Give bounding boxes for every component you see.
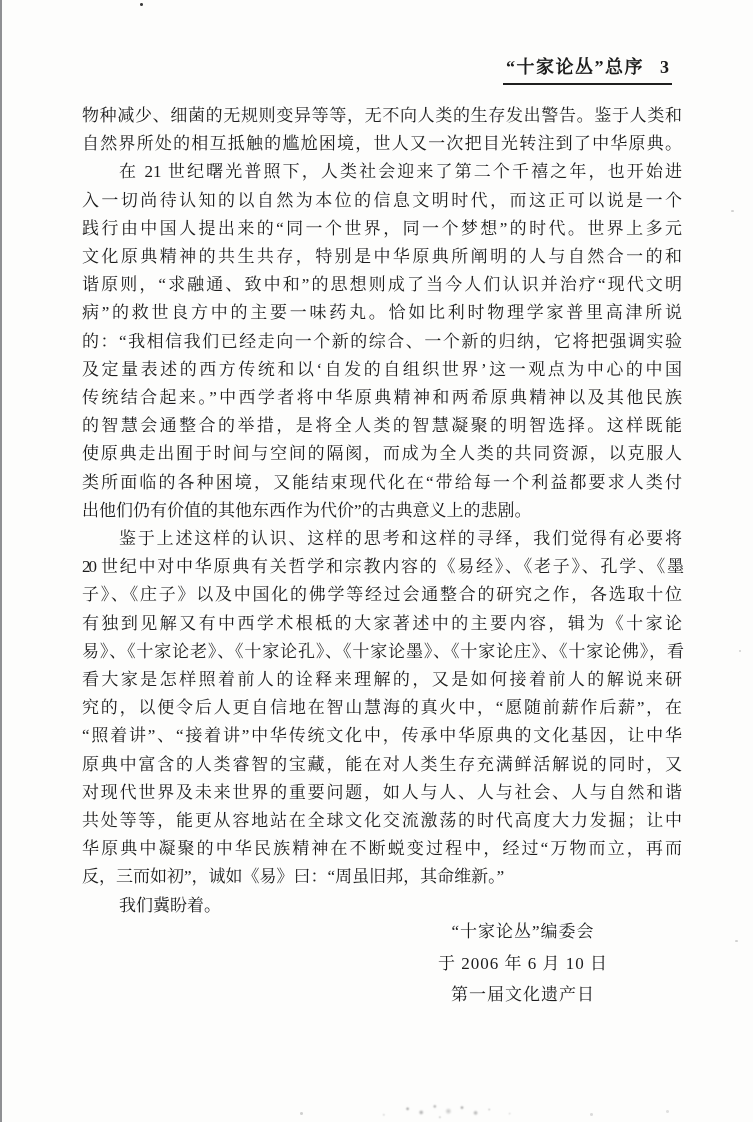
scan-smudge <box>360 1098 530 1122</box>
page-header: “十家论丛”总序3 <box>503 53 672 85</box>
text-line: 谐原则，“求融通、致中和”的思想则成了当今人们认识并治疗“现代文明 <box>82 271 682 299</box>
text-line: 究的，以便令后人更自信地在智山慧海的真火中，“愿随前薪作后薪”，在 <box>82 694 682 722</box>
signature-date: 于 2006 年 6 月 10 日 <box>373 948 673 980</box>
text-line: 对现代世界及未来世界的重要问题，如人与人、人与社会、人与自然和谐 <box>82 779 682 807</box>
text-line: 的智慧会通整合的举措，是将全人类的智慧凝聚的明智选择。这样既能 <box>82 412 682 440</box>
page-number: 3 <box>660 57 669 77</box>
text-line: 物种减少、细菌的无规则变异等等，无不向人类的生存发出警告。鉴于人类和 <box>82 102 682 130</box>
text-line: 共处等等，能更从容地站在全球文化交流激荡的时代高度大力发掘；让中 <box>82 807 682 835</box>
scan-speck <box>731 210 734 212</box>
text-line: 自然界所处的相互抵触的尴尬困境，世人又一次把目光转注到了中华原典。 <box>82 130 682 158</box>
text-line: 20 世纪中对中华原典有关哲学和宗教内容的《易经》、《老子》、孔学、《墨 <box>82 553 682 581</box>
text-line: 类所面临的各种困境，又能结束现代化在“带给每一个利益都要求人类付 <box>82 469 682 497</box>
text-line: 及定量表述的西方传统和以‘自发的自组织世界’这一观点为中心的中国 <box>82 356 682 384</box>
scan-speck <box>735 940 738 942</box>
scan-edge-artifact <box>0 0 2 1122</box>
text-line: 原典中富含的人类睿智的宝藏，能在对人类生存充满鲜活解说的同时，又 <box>82 751 682 779</box>
scan-speck <box>666 1110 669 1113</box>
running-title: “十家论丛”总序 <box>506 57 644 77</box>
text-line: 在 21 世纪曙光普照下，人类社会迎来了第二个千禧之年，也开始进 <box>82 158 682 186</box>
text-line: 看大家是怎样照着前人的诠释来理解的，又是如何接着前人的解说来研 <box>82 666 682 694</box>
signature-committee: “十家论丛”编委会 <box>373 916 673 948</box>
text-line: “照着讲”、“接着讲”中华传统文化中，传承中华原典的文化基因，让中华 <box>82 722 682 750</box>
scanned-page: “十家论丛”总序3 物种减少、细菌的无规则变异等等，无不向人类的生存发出警告。鉴… <box>0 0 753 1122</box>
scan-speck <box>590 1113 593 1116</box>
text-line: 的：“我相信我们已经走向一个新的综合、一个新的归纳，它将把强调实验 <box>82 328 682 356</box>
scan-speck <box>300 1112 303 1115</box>
scan-speck-top <box>140 3 143 6</box>
text-line: 使原典走出囿于时间与空间的隔阂，而成为全人类的共同资源，以克服人 <box>82 440 682 468</box>
text-line: 入一切尚待认知的以自然为本位的信息文明时代，而这正可以说是一个 <box>82 187 682 215</box>
text-line: 子》、《庄子》以及中国化的佛学等经过会通整合的研究之作，各选取十位 <box>82 581 682 609</box>
text-line: 文化原典精神的共生共存，特别是中华原典所阐明的人与自然合一的和 <box>82 243 682 271</box>
text-line: 反，三而如初”，诚如《易》曰：“周虽旧邦，其命维新。” <box>82 863 682 891</box>
signature-occasion: 第一届文化遗产日 <box>373 979 673 1011</box>
text-line: 有独到见解又有中西学术根柢的大家著述中的主要内容，辑为《十家论 <box>82 610 682 638</box>
text-line: 出他们仍有价值的其他东西作为代价”的古典意义上的悲剧。 <box>82 497 682 525</box>
scan-speck <box>739 650 741 652</box>
text-line: 易》、《十家论老》、《十家论孔》、《十家论墨》、《十家论庄》、《十家论佛》，看 <box>82 638 682 666</box>
signature-block: “十家论丛”编委会 于 2006 年 6 月 10 日 第一届文化遗产日 <box>373 916 673 1011</box>
text-line: 病”的救世良方中的主要一味药丸。恰如比利时物理学家普里高津所说 <box>82 299 682 327</box>
text-line: 华原典中凝聚的中华民族精神在不断蜕变过程中，经过“万物而立，再而 <box>82 835 682 863</box>
text-line: 鉴于上述这样的认识、这样的思考和这样的寻绎，我们觉得有必要将 <box>82 525 682 553</box>
text-line: 践行由中国人提出来的“同一个世界，同一个梦想”的时代。世界上多元 <box>82 215 682 243</box>
text-line: 传统结合起来。”中西学者将中华原典精神和两希原典精神以及其他民族 <box>82 384 682 412</box>
body-text: 物种减少、细菌的无规则变异等等，无不向人类的生存发出警告。鉴于人类和自然界所处的… <box>82 102 682 920</box>
